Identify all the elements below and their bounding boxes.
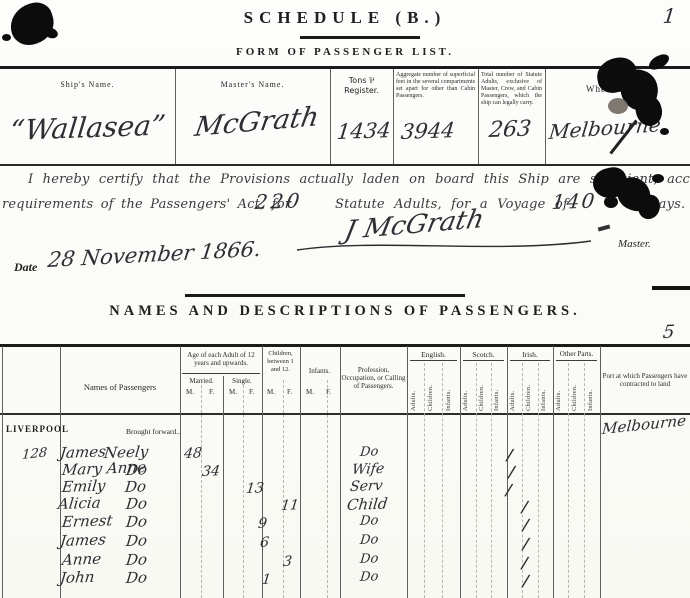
passenger-name: James xyxy=(59,530,107,550)
embarkation-port-label: LIVERPOOL xyxy=(6,424,69,434)
table-sub-rule xyxy=(327,380,328,598)
passenger-name-suffix: Do xyxy=(125,512,148,531)
nationality-tick: / xyxy=(508,463,515,481)
scotch-infants-header: Infants. xyxy=(493,363,500,411)
ink-blot xyxy=(598,225,611,232)
ship-table-bottom-rule xyxy=(0,164,690,166)
table-sub-rule xyxy=(584,363,585,598)
passenger-profession: Wife xyxy=(351,461,385,478)
certification-line2-before: requirements of the Passengers' Act, for xyxy=(2,197,291,212)
superficial-feet-value: 3944 xyxy=(400,118,456,144)
passenger-section-title: NAMES AND DESCRIPTIONS OF PASSENGERS. xyxy=(0,303,690,320)
table-sub-rule xyxy=(243,380,244,598)
ship-table-column-rule xyxy=(393,69,394,164)
tons-register-header: Tons ⅌ Register. xyxy=(332,76,391,96)
single-header: Single. xyxy=(223,377,261,385)
table-sub-rule xyxy=(424,363,425,598)
passenger-name-suffix: Do xyxy=(125,494,148,513)
passenger-name-suffix: Do xyxy=(125,460,148,479)
other-children-header: Children. xyxy=(571,363,578,411)
passenger-age: 11 xyxy=(280,497,300,514)
margin-rule xyxy=(652,286,690,290)
table-sub-rule xyxy=(568,363,569,598)
irish-children-header: Children. xyxy=(525,363,532,411)
passenger-profession: Child xyxy=(346,495,388,514)
table-sub-rule xyxy=(201,380,202,598)
ship-table-column-rule xyxy=(330,69,331,164)
ink-blot xyxy=(660,128,669,135)
tons-register-value: 1434 xyxy=(336,118,392,144)
passenger-name: John xyxy=(59,568,95,587)
other-adults-header: Adults. xyxy=(555,363,562,411)
nationality-tick: / xyxy=(522,516,529,534)
brought-forward-label: Brought forward.. xyxy=(95,427,180,436)
passenger-name-suffix: Do xyxy=(124,477,147,496)
ink-blot xyxy=(636,194,661,221)
passenger-age: 1 xyxy=(261,572,272,588)
passenger-name-suffix: Do xyxy=(125,531,148,550)
running-total-value: 128 xyxy=(21,445,47,463)
date-value: 28 November 1866. xyxy=(47,237,263,272)
passenger-profession: Do xyxy=(359,444,379,460)
infants-header: Infants. xyxy=(300,367,339,375)
passenger-name: Anne xyxy=(61,550,102,569)
passenger-profession: Do xyxy=(359,513,379,529)
scotch-group-header: Scotch. xyxy=(460,350,507,359)
nationality-tick: / xyxy=(521,554,528,572)
table-column-rule xyxy=(553,346,554,598)
children-group-header: Children, between 1 and 12. xyxy=(262,350,299,374)
signature-role-label: Master. xyxy=(618,238,651,250)
port-column-header: Port at which Passengers have contracted… xyxy=(601,372,689,388)
scotch-underline xyxy=(463,360,504,361)
passenger-age: 3 xyxy=(282,554,293,570)
statute-adults-header: Total number of Statute Adults, exclusiv… xyxy=(481,72,542,107)
certification-line1: I hereby certify that the Provisions act… xyxy=(28,172,690,187)
table-header-rule xyxy=(0,413,690,415)
folio-number: 5 xyxy=(662,322,676,343)
nationality-tick: / xyxy=(506,446,513,464)
ship-name-header: Ship's Name. xyxy=(0,80,175,89)
ink-blot xyxy=(604,196,618,208)
passenger-age: 9 xyxy=(257,516,268,532)
nationality-tick: / xyxy=(522,572,529,590)
table-column-rule xyxy=(300,346,301,598)
other-parts-underline xyxy=(556,360,597,361)
ship-name-value: “Wallasea” xyxy=(8,109,167,147)
passenger-age: 48 xyxy=(183,445,203,462)
passenger-name: Ernest xyxy=(61,511,114,531)
passenger-profession: Do xyxy=(359,532,379,548)
superficial-feet-header: Aggregate number of superficial feet in … xyxy=(396,72,475,100)
irish-adults-header: Adults. xyxy=(509,363,516,411)
passenger-name: Alicia xyxy=(57,494,102,513)
table-column-rule xyxy=(223,376,224,598)
profession-column-header: Profession, Occupation, or Calling of Pa… xyxy=(341,366,406,390)
age-group-underline xyxy=(182,373,260,374)
passenger-profession: Do xyxy=(359,569,379,585)
nationality-tick: / xyxy=(522,535,529,553)
irish-group-header: Irish. xyxy=(507,350,553,359)
ink-blot xyxy=(2,34,11,41)
other-infants-header: Infants. xyxy=(587,363,594,411)
english-children-header: Children. xyxy=(427,363,434,411)
nationality-tick: / xyxy=(521,498,528,516)
table-column-rule xyxy=(2,346,3,598)
ink-blot xyxy=(608,98,628,114)
title-rule xyxy=(300,36,420,39)
date-label: Date xyxy=(14,260,37,275)
ship-table-column-rule xyxy=(478,69,479,164)
irish-underline xyxy=(510,360,550,361)
signature-flourish xyxy=(295,236,595,256)
single-m-header: M. xyxy=(229,388,237,396)
passenger-profession: Do xyxy=(359,551,379,567)
heading-rule xyxy=(185,294,465,297)
ink-blot xyxy=(652,174,664,183)
passenger-name-suffix: Do xyxy=(125,550,148,569)
table-column-rule xyxy=(507,346,508,598)
single-f-header: F. xyxy=(249,388,254,396)
schedule-title: SCHEDULE (B.) xyxy=(0,8,690,28)
irish-infants-header: Infants. xyxy=(540,363,547,411)
statute-adults-value: 263 xyxy=(488,117,533,143)
passenger-list-document: 1 SCHEDULE (B.) FORM OF PASSENGER LIST. … xyxy=(0,0,690,598)
passenger-profession: Serv xyxy=(349,478,383,495)
age-group-header: Age of each Adult of 12 years and upward… xyxy=(181,351,261,367)
children-f-header: F. xyxy=(287,388,292,396)
children-m-header: M. xyxy=(267,388,275,396)
passenger-age: 34 xyxy=(201,463,221,480)
ship-table-top-rule xyxy=(0,66,690,69)
table-sub-rule xyxy=(491,363,492,598)
other-parts-group-header: Other Parts. xyxy=(553,350,600,358)
married-header: Married. xyxy=(181,377,222,385)
form-subtitle: FORM OF PASSENGER LIST. xyxy=(0,46,690,58)
table-sub-rule xyxy=(538,363,539,598)
names-column-header: Names of Passengers xyxy=(60,382,180,392)
master-name-value: McGrath xyxy=(193,101,322,142)
certification-statute-adults-value: 220 xyxy=(254,188,304,214)
table-sub-rule xyxy=(442,363,443,598)
infants-f-header: F. xyxy=(326,388,331,396)
english-underline xyxy=(410,360,457,361)
passenger-age: 6 xyxy=(259,535,270,551)
nationality-tick: / xyxy=(505,481,512,499)
destination-port-value: Melbourne xyxy=(601,411,686,438)
english-group-header: English. xyxy=(407,350,460,359)
english-infants-header: Infants. xyxy=(445,363,452,411)
english-adults-header: Adults. xyxy=(410,363,417,411)
table-column-rule xyxy=(460,346,461,598)
table-sub-rule xyxy=(476,363,477,598)
passenger-age: 13 xyxy=(245,480,265,497)
certification-voyage-days-value: 140 xyxy=(551,188,598,214)
infants-m-header: M. xyxy=(306,388,314,396)
scotch-adults-header: Adults. xyxy=(462,363,469,411)
master-name-header: Master's Name. xyxy=(175,80,330,89)
married-m-header: M. xyxy=(186,388,194,396)
passenger-name-suffix: Do xyxy=(125,568,148,587)
table-column-rule xyxy=(262,346,263,598)
table-column-rule xyxy=(407,346,408,598)
table-top-rule xyxy=(0,344,690,347)
married-f-header: F. xyxy=(209,388,214,396)
scotch-children-header: Children. xyxy=(478,363,485,411)
